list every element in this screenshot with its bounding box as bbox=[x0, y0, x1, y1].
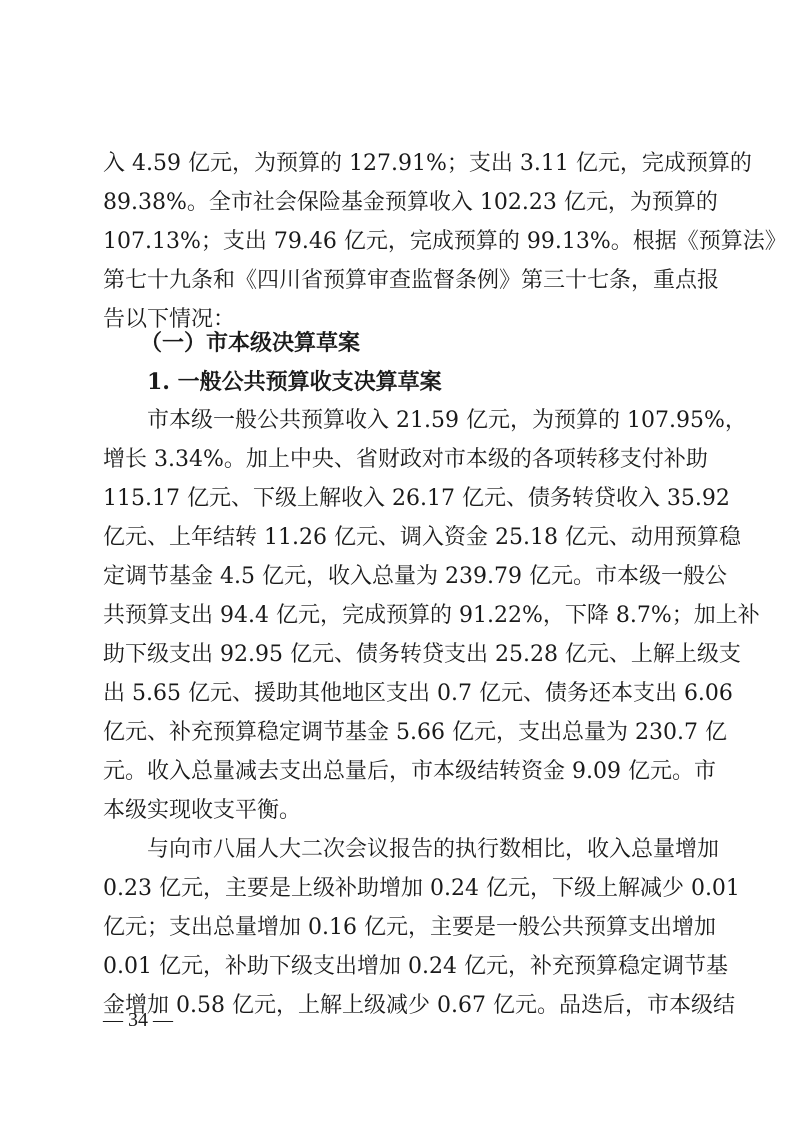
text-line: 亿元；支出总量增加 0.16 亿元，主要是一般公共预算支出增加 bbox=[103, 911, 693, 945]
subsection-heading: 1. 一般公共预算收支决算草案 bbox=[147, 365, 693, 399]
text-line: 出 5.65 亿元、援助其他地区支出 0.7 亿元、债务还本支出 6.06 bbox=[103, 677, 693, 711]
text-line: 0.23 亿元，主要是上级补助增加 0.24 亿元，下级上解减少 0.01 bbox=[103, 872, 693, 906]
text-line: 金增加 0.58 亿元，上解上级减少 0.67 亿元。品迭后，市本级结 bbox=[103, 989, 693, 1023]
text-line: 入 4.59 亿元，为预算的 127.91%；支出 3.11 亿元，完成预算的 bbox=[103, 147, 693, 181]
section-heading: （一）市本级决算草案 bbox=[140, 326, 686, 360]
text-line: 第七十九条和《四川省预算审查监督条例》第三十七条，重点报 bbox=[103, 264, 693, 298]
text-line: 与向市八届人大二次会议报告的执行数相比，收入总量增加 bbox=[147, 833, 693, 867]
text-line: 增长 3.34%。加上中央、省财政对市本级的各项转移支付补助 bbox=[103, 443, 693, 477]
page-number: — 34 — bbox=[103, 1006, 173, 1034]
text-line: 115.17 亿元、下级上解收入 26.17 亿元、债务转贷收入 35.92 bbox=[103, 482, 693, 516]
text-line: 市本级一般公共预算收入 21.59 亿元，为预算的 107.95%， bbox=[147, 404, 693, 438]
text-line: 本级实现收支平衡。 bbox=[103, 794, 693, 828]
text-line: 89.38%。全市社会保险基金预算收入 102.23 亿元，为预算的 bbox=[103, 186, 693, 220]
text-line: 107.13%；支出 79.46 亿元，完成预算的 99.13%。根据《预算法》 bbox=[103, 225, 693, 259]
text-line: 亿元、上年结转 11.26 亿元、调入资金 25.18 亿元、动用预算稳 bbox=[103, 521, 693, 555]
document-page: 入 4.59 亿元，为预算的 127.91%；支出 3.11 亿元，完成预算的 … bbox=[0, 0, 793, 1122]
text-line: 亿元、补充预算稳定调节基金 5.66 亿元，支出总量为 230.7 亿 bbox=[103, 716, 693, 750]
text-line: 共预算支出 94.4 亿元，完成预算的 91.22%，下降 8.7%；加上补 bbox=[103, 599, 693, 633]
text-line: 定调节基金 4.5 亿元，收入总量为 239.79 亿元。市本级一般公 bbox=[103, 560, 693, 594]
text-line: 助下级支出 92.95 亿元、债务转贷支出 25.28 亿元、上解上级支 bbox=[103, 638, 693, 672]
text-line: 0.01 亿元，补助下级支出增加 0.24 亿元，补充预算稳定调节基 bbox=[103, 950, 693, 984]
text-line: 元。收入总量减去支出总量后，市本级结转资金 9.09 亿元。市 bbox=[103, 755, 693, 789]
